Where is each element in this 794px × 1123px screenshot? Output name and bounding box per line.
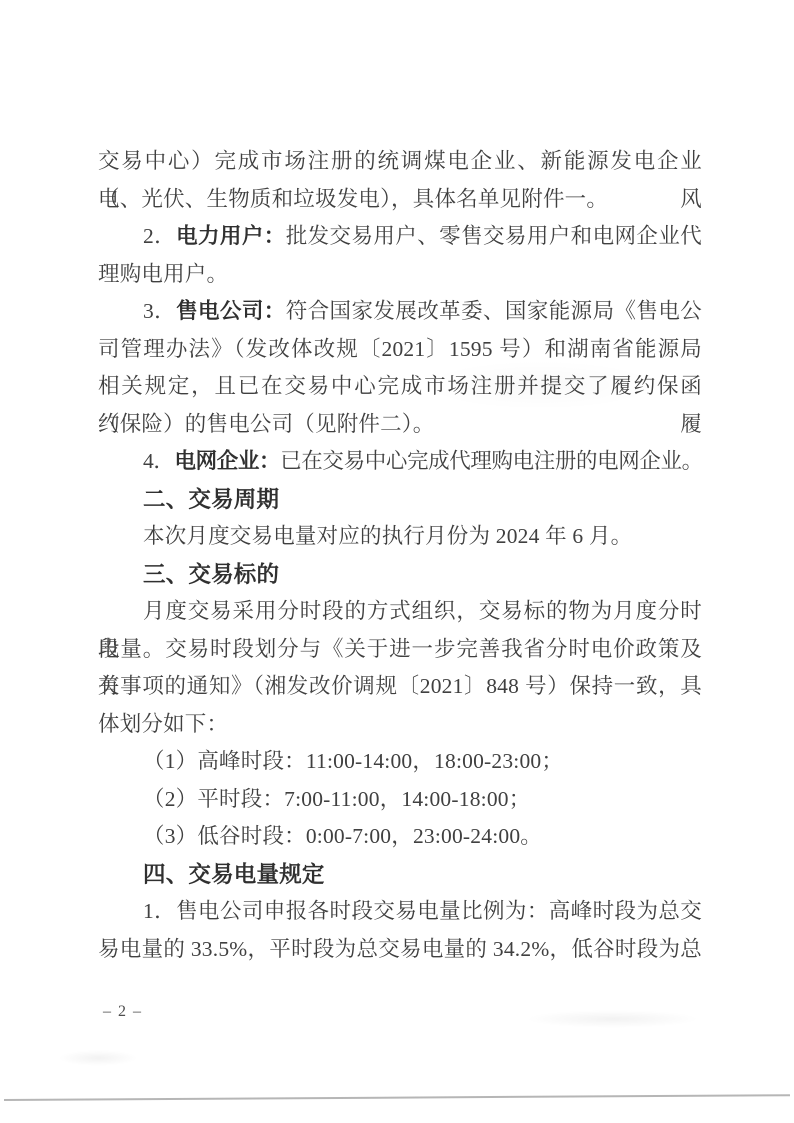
- text-line: 体划分如下：: [98, 706, 702, 744]
- paragraph: 本次月度交易电量对应的执行月份为 2024 年 6 月。: [98, 518, 702, 556]
- bold-term: 四、交易电量规定: [143, 862, 325, 887]
- text-run: 司管理办法》（发改体改规〔2021〕1595 号）和湖南省能源局: [98, 337, 702, 361]
- text-run: 体划分如下：: [98, 712, 228, 736]
- section-heading: 三、交易标的: [98, 556, 702, 594]
- text-line: 二、交易周期: [98, 481, 702, 519]
- section-heading: 四、交易电量规定: [98, 856, 702, 894]
- text-line: 3．售电公司：符合国家发展改革委、国家能源局《售电公: [98, 293, 702, 331]
- text-line: （2）平时段：7:00-11:00，14:00-18:00；: [98, 781, 702, 819]
- text-run: 批发交易用户、零售交易用户和电网企业代: [286, 224, 702, 248]
- text-run: 2．: [143, 224, 176, 248]
- text-line: （3）低谷时段：0:00-7:00，23:00-24:00。: [98, 818, 702, 856]
- text-run: （1）高峰时段：11:00-14:00，18:00-23:00；: [143, 749, 563, 773]
- page-number: – 2 –: [103, 1003, 143, 1021]
- paragraph: 月度交易采用分时段的方式组织，交易标的物为月度分时段电量。交易时段划分与《关于进…: [98, 593, 702, 743]
- document-body: 交易中心）完成市场注册的统调煤电企业、新能源发电企业（风电、光伏、生物质和垃圾发…: [98, 143, 702, 968]
- document-page: 交易中心）完成市场注册的统调煤电企业、新能源发电企业（风电、光伏、生物质和垃圾发…: [0, 0, 794, 1123]
- bold-term: 电网企业：: [175, 449, 281, 473]
- bold-term: 电力用户：: [176, 224, 286, 248]
- text-line: 电量。交易时段划分与《关于进一步完善我省分时电价政策及有: [98, 631, 702, 669]
- text-run: 符合国家发展改革委、国家能源局《售电公: [286, 299, 702, 323]
- text-run: 理购电用户。: [98, 262, 228, 286]
- text-run: （3）低谷时段：0:00-7:00，23:00-24:00。: [143, 824, 542, 848]
- text-run: 约保险）的售电公司（见附件二）。: [98, 412, 434, 436]
- scan-artifact: [58, 1050, 138, 1066]
- text-line: 本次月度交易电量对应的执行月份为 2024 年 6 月。: [98, 518, 702, 556]
- paragraph: （2）平时段：7:00-11:00，14:00-18:00；: [98, 781, 702, 819]
- scan-paper-bottom-edge: [4, 1094, 790, 1100]
- paragraph: （3）低谷时段：0:00-7:00，23:00-24:00。: [98, 818, 702, 856]
- text-run: 1．售电公司申报各时段交易电量比例为：高峰时段为总交: [143, 899, 702, 923]
- text-run: 已在交易中心完成代理购电注册的电网企业。: [280, 449, 702, 473]
- text-run: 本次月度交易电量对应的执行月份为 2024 年 6 月。: [143, 524, 632, 548]
- text-run: 易电量的 33.5%，平时段为总交易电量的 34.2%，低谷时段为总: [98, 937, 702, 961]
- text-line: 交易中心）完成市场注册的统调煤电企业、新能源发电企业（风: [98, 143, 702, 181]
- text-line: 关事项的通知》（湘发改价调规〔2021〕848 号）保持一致，具: [98, 668, 702, 706]
- paragraph: 3．售电公司：符合国家发展改革委、国家能源局《售电公司管理办法》（发改体改规〔2…: [98, 293, 702, 443]
- text-run: 3．: [143, 299, 176, 323]
- paragraph: 交易中心）完成市场注册的统调煤电企业、新能源发电企业（风电、光伏、生物质和垃圾发…: [98, 143, 702, 218]
- text-run: 4．: [143, 449, 175, 473]
- paragraph: 1．售电公司申报各时段交易电量比例为：高峰时段为总交易电量的 33.5%，平时段…: [98, 893, 702, 968]
- text-line: （1）高峰时段：11:00-14:00，18:00-23:00；: [98, 743, 702, 781]
- text-line: 理购电用户。: [98, 256, 702, 294]
- scan-artifact: [525, 1010, 700, 1028]
- text-line: 1．售电公司申报各时段交易电量比例为：高峰时段为总交: [98, 893, 702, 931]
- text-line: 2．电力用户：批发交易用户、零售交易用户和电网企业代: [98, 218, 702, 256]
- text-run: （2）平时段：7:00-11:00，14:00-18:00；: [143, 787, 530, 811]
- text-line: 相关规定，且已在交易中心完成市场注册并提交了履约保函（履: [98, 368, 702, 406]
- text-line: 易电量的 33.5%，平时段为总交易电量的 34.2%，低谷时段为总: [98, 931, 702, 969]
- text-run: 电、光伏、生物质和垃圾发电），具体名单见附件一。: [98, 187, 608, 211]
- text-run: 关事项的通知》（湘发改价调规〔2021〕848 号）保持一致，具: [98, 674, 702, 698]
- bold-term: 售电公司：: [176, 299, 286, 323]
- text-line: 月度交易采用分时段的方式组织，交易标的物为月度分时段: [98, 593, 702, 631]
- bold-term: 三、交易标的: [143, 562, 279, 587]
- text-line: 三、交易标的: [98, 556, 702, 594]
- bold-term: 二、交易周期: [143, 487, 279, 512]
- section-heading: 二、交易周期: [98, 481, 702, 519]
- text-line: 4．电网企业：已在交易中心完成代理购电注册的电网企业。: [98, 443, 702, 481]
- paragraph: 4．电网企业：已在交易中心完成代理购电注册的电网企业。: [98, 443, 702, 481]
- paragraph: （1）高峰时段：11:00-14:00，18:00-23:00；: [98, 743, 702, 781]
- text-line: 四、交易电量规定: [98, 856, 702, 894]
- paragraph: 2．电力用户：批发交易用户、零售交易用户和电网企业代理购电用户。: [98, 218, 702, 293]
- text-line: 司管理办法》（发改体改规〔2021〕1595 号）和湖南省能源局: [98, 331, 702, 369]
